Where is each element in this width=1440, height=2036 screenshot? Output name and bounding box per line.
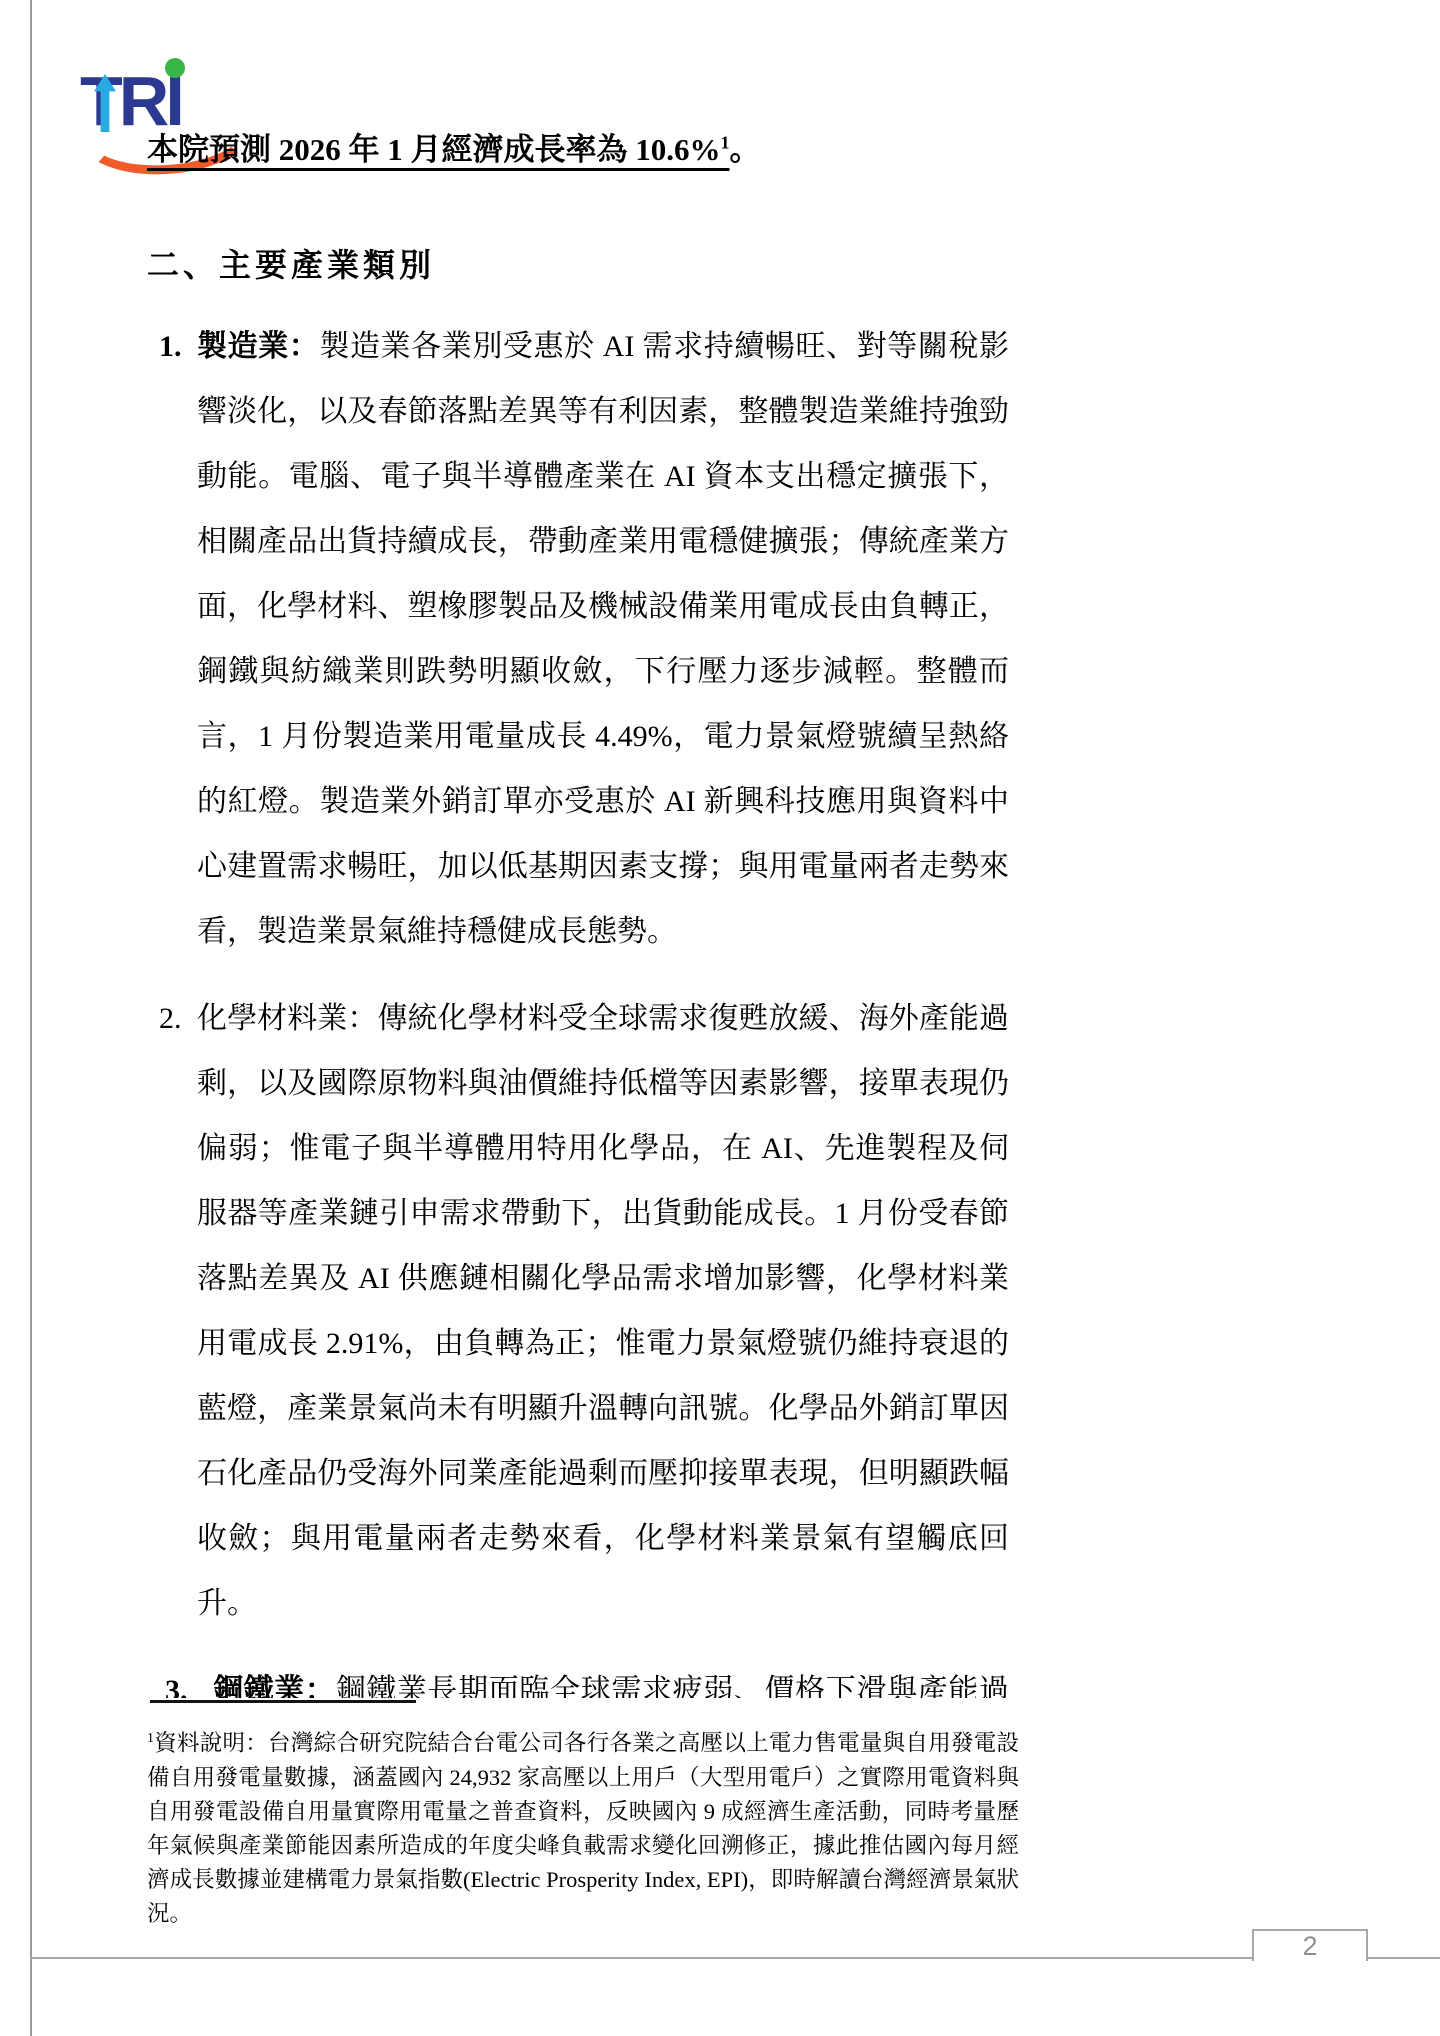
intro-text: 本院預測 2026 年 1 月經濟成長率為 10.6% xyxy=(147,132,721,167)
page-number-tab: 2 xyxy=(1252,1929,1368,1961)
item-text: 製造業各業別受惠於 AI 需求持續暢旺、對等關稅影響淡化，以及春節落點差異等有利… xyxy=(197,330,1009,948)
footnote-number: 1 xyxy=(147,1731,154,1746)
footnote-text: 資料說明：台灣綜合研究院結合台電公司各行各業之高壓以上電力售電量與自用發電設備自… xyxy=(147,1731,1019,1926)
list-item-chemical-materials: 2. 化學材料業：傳統化學材料受全球需求復甦放緩、海外產能過剩，以及國際原物料與… xyxy=(147,986,1009,1636)
page-left-border xyxy=(30,0,32,2036)
green-dot-icon xyxy=(165,58,185,78)
item-label: 化學材料業： xyxy=(197,1002,377,1035)
page-number: 2 xyxy=(1302,1931,1317,1962)
section-heading: 二、主要產業類別 xyxy=(147,240,435,286)
item-label: 製造業： xyxy=(197,330,319,363)
intro-underlined: 本院預測 2026 年 1 月經濟成長率為 10.6%1 xyxy=(147,132,729,167)
intro-period: 。 xyxy=(729,132,760,167)
footnote-separator xyxy=(150,1700,416,1703)
list-item-manufacturing: 1. 製造業：製造業各業別受惠於 AI 需求持續暢旺、對等關稅影響淡化，以及春節… xyxy=(147,314,1009,964)
item-label: 鋼鐵業： xyxy=(213,1674,336,1698)
item-number: 3. xyxy=(165,1658,188,1698)
item-number: 1. xyxy=(159,314,182,379)
footnote: 1資料說明：台灣綜合研究院結合台電公司各行各業之高壓以上電力售電量與自用發電設備… xyxy=(147,1722,1019,1931)
footer-rule xyxy=(30,1957,1440,1959)
intro-line: 本院預測 2026 年 1 月經濟成長率為 10.6%1。 xyxy=(147,124,760,169)
list-item-steel: 3. 鋼鐵業：鋼鐵業長期面臨全球需求疲弱、價格下滑與產能過剩等多重壓力，加以中國… xyxy=(147,1658,1009,1698)
item-number: 2. xyxy=(159,986,182,1051)
industry-list: 1. 製造業：製造業各業別受惠於 AI 需求持續暢旺、對等關稅影響淡化，以及春節… xyxy=(147,314,1009,1698)
item-text: 傳統化學材料受全球需求復甦放緩、海外產能過剩，以及國際原物料與油價維持低檔等因素… xyxy=(197,1002,1009,1620)
